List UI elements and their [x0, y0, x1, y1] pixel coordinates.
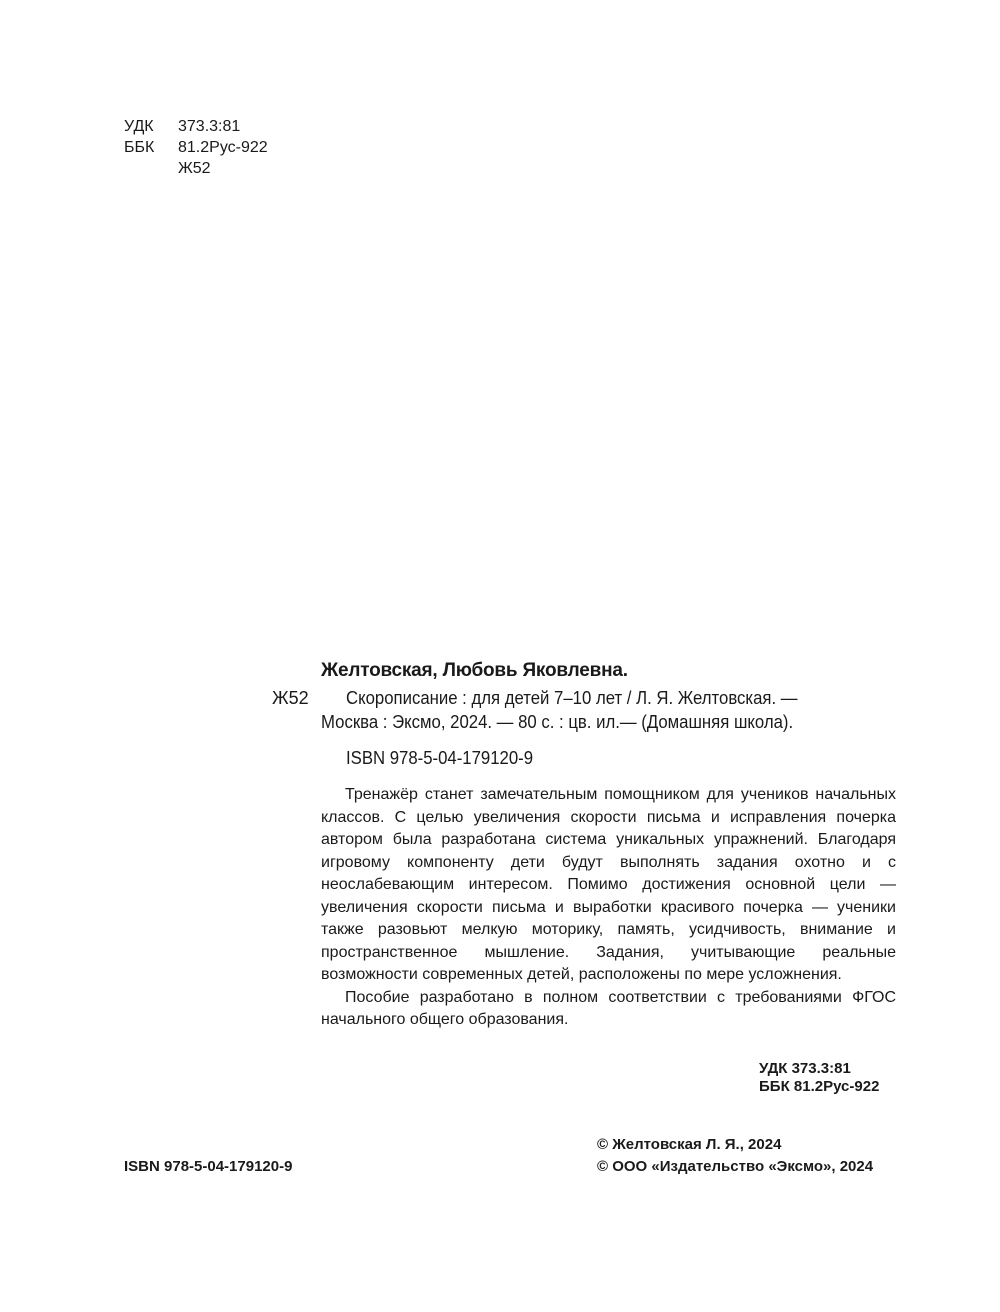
- copyright-publisher: © ООО «Издательство «Эксмо», 2024: [597, 1158, 873, 1175]
- bbk-value: 81.2Рус-922: [178, 137, 268, 158]
- udk-value: 373.3:81: [178, 116, 240, 137]
- footer-bbk: ББК 81.2Рус-922: [759, 1078, 879, 1095]
- catalog-title-line2: Москва : Эксмо, 2024. — 80 с. : цв. ил.—…: [321, 712, 793, 733]
- bbk-label: ББК: [124, 137, 178, 158]
- bbk-row: ББК 81.2Рус-922: [124, 137, 268, 158]
- annotation-paragraph: Пособие разработано в полном соответстви…: [321, 987, 896, 1032]
- author-sign-value: Ж52: [178, 158, 211, 179]
- annotation-paragraph: Тренажёр станет замечательным помощником…: [321, 784, 896, 987]
- catalog-author: Желтовская, Любовь Яковлевна.: [321, 660, 628, 682]
- catalog-author-code: Ж52: [272, 688, 309, 709]
- footer-udk: УДК 373.3:81: [759, 1060, 851, 1077]
- udk-row: УДК 373.3:81: [124, 116, 268, 137]
- author-sign-label: [124, 158, 178, 179]
- author-sign-row: Ж52: [124, 158, 268, 179]
- catalog-isbn: ISBN 978-5-04-179120-9: [346, 748, 533, 769]
- annotation: Тренажёр станет замечательным помощником…: [321, 784, 896, 1032]
- udk-label: УДК: [124, 116, 178, 137]
- classification-block: УДК 373.3:81 ББК 81.2Рус-922 Ж52: [124, 116, 268, 179]
- copyright-author: © Желтовская Л. Я., 2024: [597, 1136, 781, 1153]
- footer-isbn: ISBN 978-5-04-179120-9: [124, 1158, 292, 1175]
- catalog-title-line1: Скорописание : для детей 7–10 лет / Л. Я…: [346, 688, 798, 709]
